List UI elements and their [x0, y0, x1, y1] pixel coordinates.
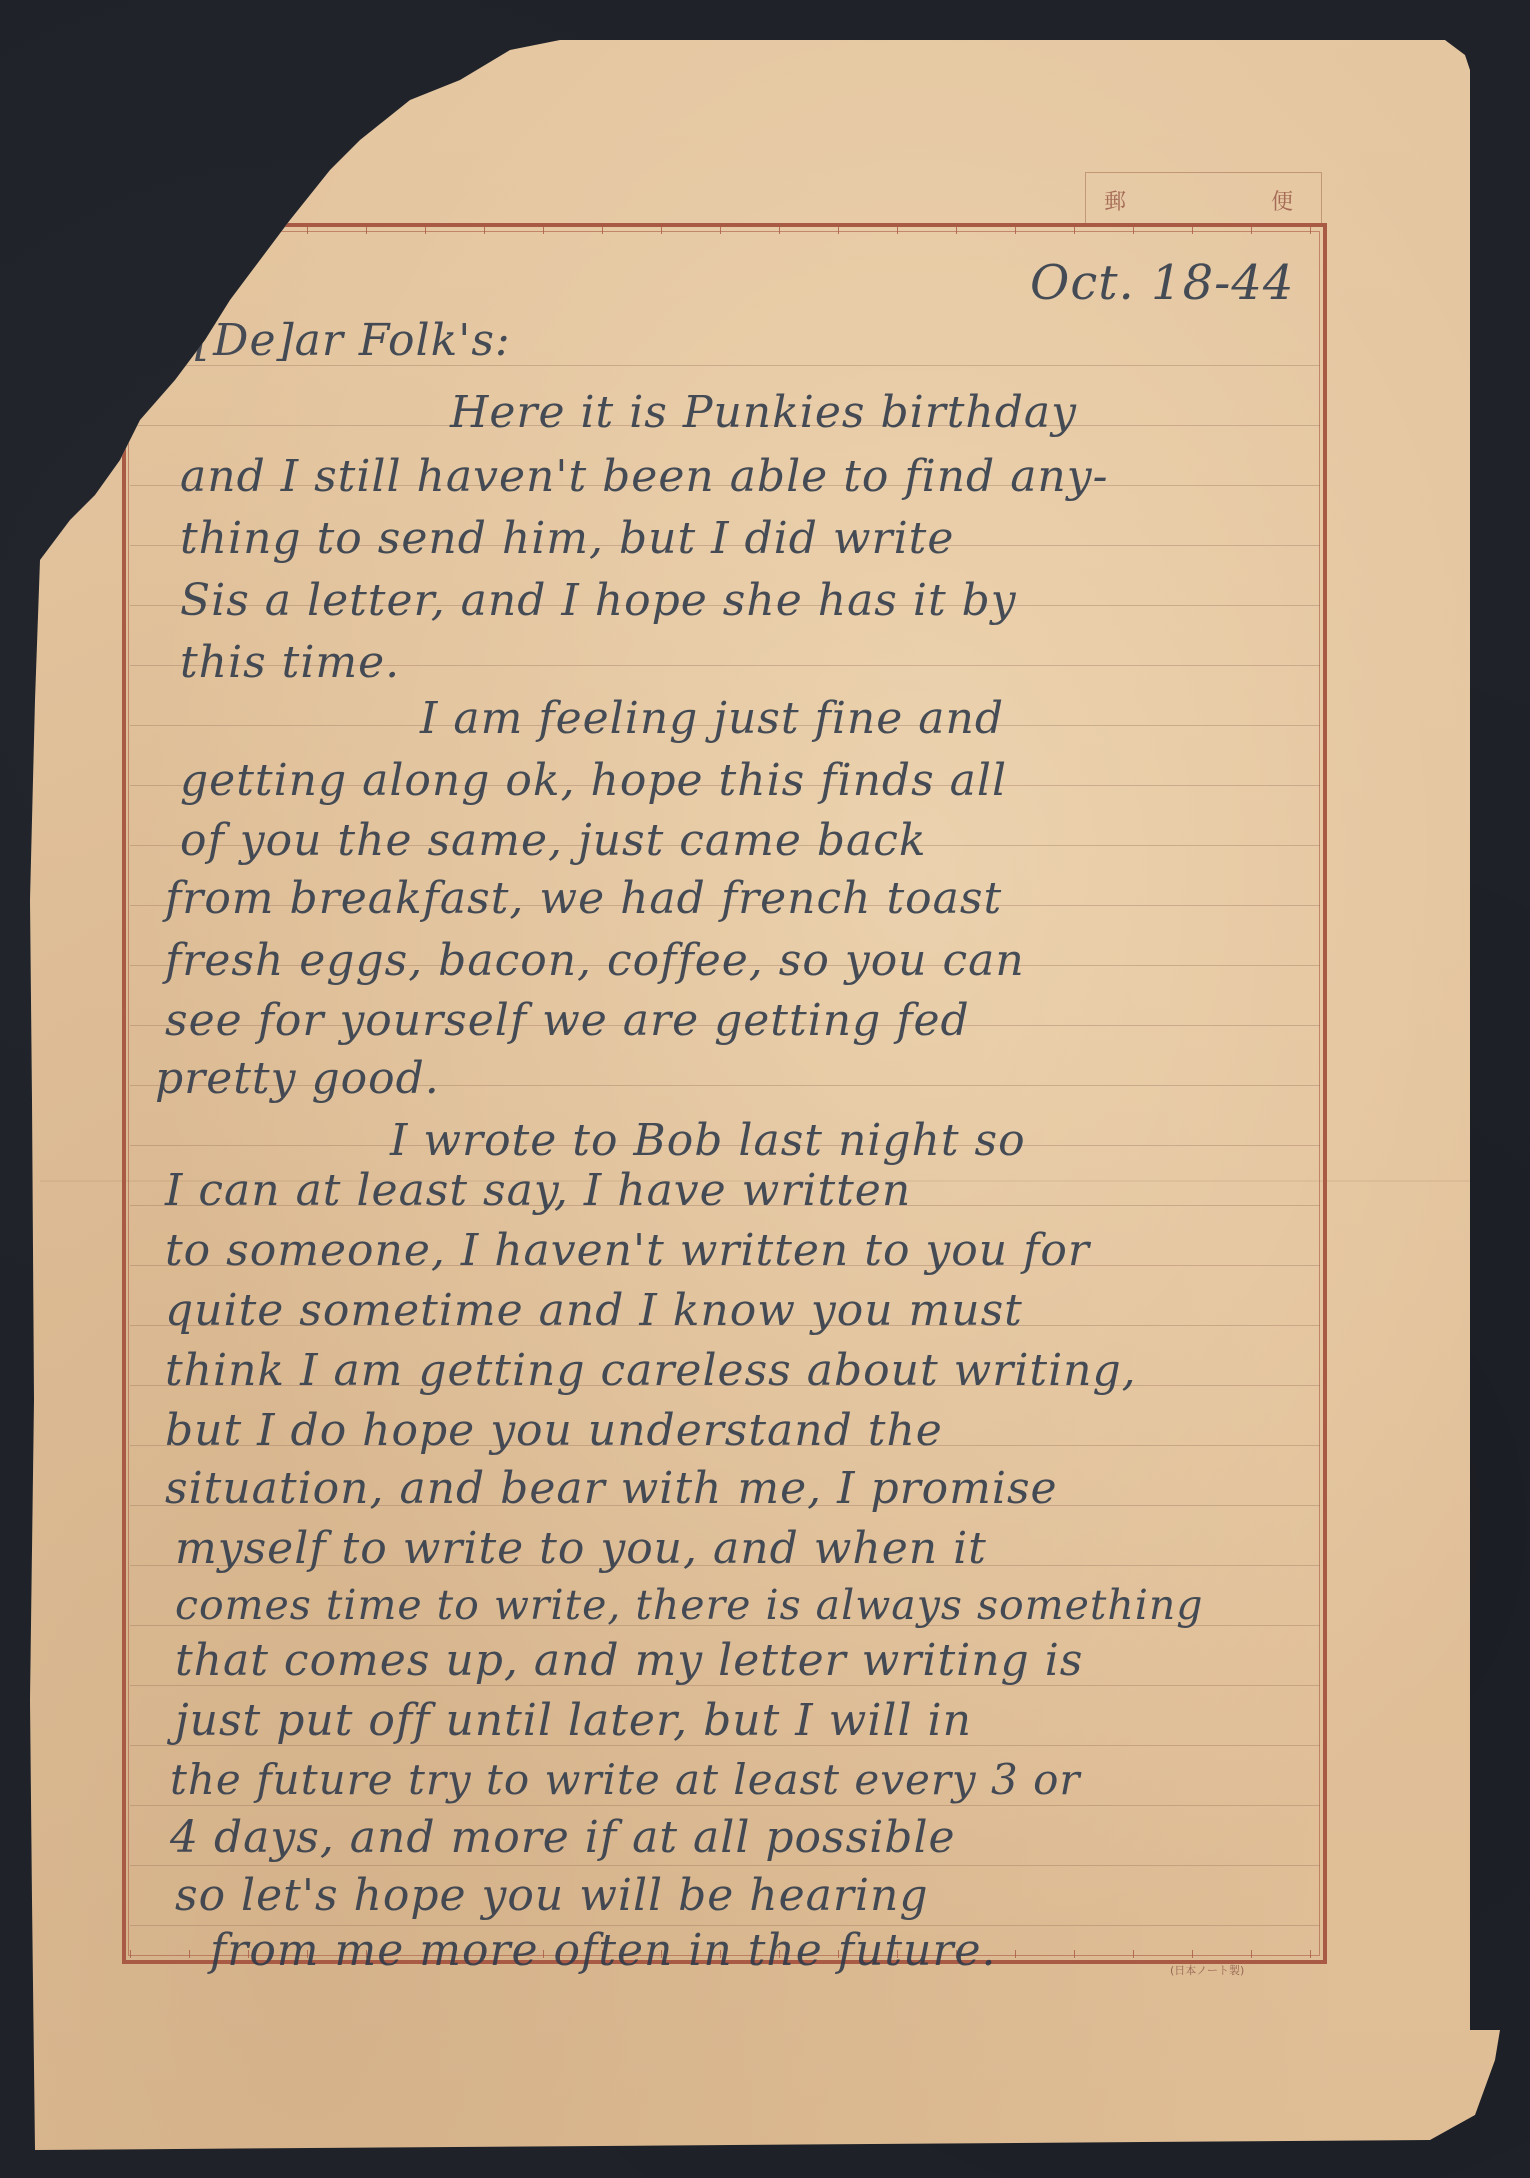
letter-line: see for yourself we are getting fed	[165, 995, 970, 1046]
letter-line: of you the same, just came back	[180, 815, 927, 866]
letter-line: from me more often in the future.	[210, 1925, 997, 1976]
letter-line: I can at least say, I have written	[165, 1165, 911, 1216]
letter-content: Oct. 18-44 [De]ar Folk's: Here it is Pun…	[0, 0, 1530, 2178]
letter-line: Here it is Punkies birthday	[450, 387, 1077, 438]
letter-line: I am feeling just fine and	[420, 693, 1004, 744]
letter-line: and I still haven't been able to find an…	[180, 451, 1109, 502]
letter-line: I wrote to Bob last night so	[390, 1115, 1026, 1166]
letter-line: pretty good.	[155, 1053, 440, 1104]
letter-salutation: [De]ar Folk's:	[195, 315, 511, 366]
letter-line: 4 days, and more if at all possible	[170, 1812, 956, 1863]
paper-maker-mark: (日本ノート製)	[1170, 1962, 1244, 1978]
letter-line: myself to write to you, and when it	[175, 1523, 987, 1574]
letter-date: Oct. 18-44	[1030, 255, 1294, 311]
letter-line: comes time to write, there is always som…	[175, 1581, 1204, 1629]
letter-line: Sis a letter, and I hope she has it by	[180, 575, 1017, 626]
letter-line: situation, and bear with me, I promise	[165, 1463, 1058, 1514]
letter-line: that comes up, and my letter writing is	[175, 1635, 1083, 1686]
letter-line: quite sometime and I know you must	[165, 1285, 1023, 1336]
letter-line: getting along ok, hope this finds all	[180, 755, 1007, 806]
letter-line: just put off until later, but I will in	[175, 1695, 972, 1746]
letter-line: the future try to write at least every 3…	[170, 1755, 1080, 1804]
letter-line: think I am getting careless about writin…	[165, 1345, 1137, 1396]
letter-line: fresh eggs, bacon, coffee, so you can	[165, 935, 1025, 986]
letter-line: this time.	[180, 637, 400, 688]
letter-line: but I do hope you understand the	[165, 1405, 943, 1456]
letter-line: to someone, I haven't written to you for	[165, 1225, 1090, 1276]
letter-line: from breakfast, we had french toast	[165, 873, 1002, 924]
letter-line: thing to send him, but I did write	[180, 513, 954, 564]
letter-line: so let's hope you will be hearing	[175, 1870, 928, 1921]
letter-paper: 郵 便 Oct. 18-44 [De]ar Folk's: Here it is…	[0, 0, 1530, 2178]
